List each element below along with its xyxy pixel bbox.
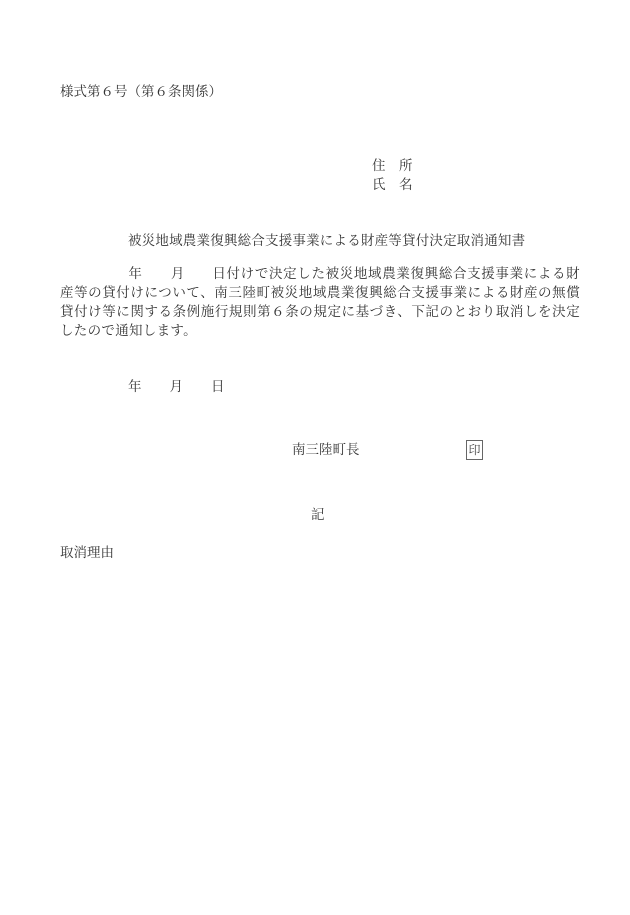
ki-heading: 記	[311, 507, 325, 523]
body-year-label: 年	[128, 266, 143, 282]
date-year-label: 年	[128, 379, 142, 395]
date-month-label: 月	[170, 379, 184, 395]
body-month-label: 月	[171, 266, 186, 282]
cancellation-reason-label: 取消理由	[60, 545, 114, 561]
issuer-name: 南三陸町長	[292, 442, 360, 458]
recipient-name-label: 氏 名	[372, 177, 413, 193]
document-title: 被災地域農業復興総合支援事業による財産等貸付決定取消通知書	[128, 233, 525, 249]
recipient-address-label: 住 所	[372, 158, 413, 174]
seal-mark: 印	[466, 440, 483, 460]
body-paragraph: 年月日付けで決定した被災地域農業復興総合支援事業による財産等の貸付けについて、南…	[60, 265, 580, 341]
form-number: 様式第６号（第６条関係）	[60, 84, 222, 100]
date-line: 年月日	[128, 379, 225, 395]
date-day-label: 日	[211, 379, 225, 395]
